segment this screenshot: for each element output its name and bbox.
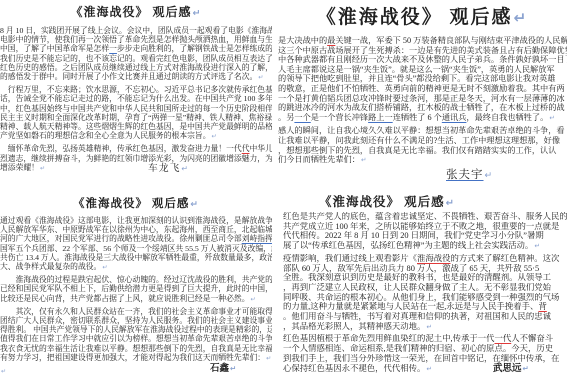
essay-collage: 《淮海战役》 观后感↵ 8 月 10 日，实践团开展了线上会议。会议中，团队成员…: [0, 0, 567, 378]
signature: 车龙飞↵: [148, 160, 189, 174]
paragraph-mark: ↵: [485, 170, 494, 181]
text-line: 缅怀革命先烈，弘扬英雄精神，传承红色基因，激发奋进力量！一代代中华儿女定: [0, 144, 272, 153]
text-line: 行程万里，不忘来路；饮水思源，不忘初心。习近平总书记多次就传承红色基因发: [0, 85, 272, 94]
text-line: 展了以“传承红色基因，弘扬红色精神”为主题的线上社会实践活动。↵: [283, 241, 567, 252]
text-line: 红色基因植根于革命先烈用鲜血染红的泥土中,传承于一代一代人不懈奋斗: [283, 334, 567, 344]
essay-title: 《淮海战役》 观后感↵: [278, 2, 567, 29]
text-line: 。另一个是一个营长冲锋路上一连牺牲了 6 个通讯兵，最终自我也牺牲了。↵: [278, 113, 567, 124]
paragraph-mark: ↵: [230, 364, 236, 373]
paragraph-mark: ↵: [361, 156, 367, 164]
text-line: 共伤亡 13.4 万人。淮海战役是三大战役中解放军牺牲最重，歼敌数量最多，政治: [0, 253, 272, 262]
paragraph-mark: ↵: [102, 264, 107, 271]
text-line: ，其品格光彩照人，其精神感天动地。↵: [283, 322, 567, 333]
text-line: 的力量,这种力量就是紧紧地与人民站在一起,永远是与人民手挽着手、背: [283, 302, 567, 312]
text-line: 国军五个兵团部、22 个军部、56 个师及一个绥靖区共 55.5 万人被消灭及改…: [0, 244, 272, 253]
text-line: 的感悟发于群中。同时开展了小作文比赛并且通过朗读的方式评选了名次。↵: [0, 72, 272, 82]
paragraph-mark: ↵: [446, 198, 455, 209]
text-line: 感人的瞬间，让自我心境久久难以平静：想想当初革命先辈艰苦卓绝的斗争，看: [278, 126, 567, 136]
text-line: 的领导下把他吃到肚里，并且连“骨头”都没给剩下。看完这部电影让我对英雄: [278, 74, 567, 84]
text-line: 大、战争样式最复杂的战役。↵: [0, 262, 272, 272]
essay-doc-bottom-right: 《淮海战役》 观后感↵ 红色是共产党人的底色，蕴含着忠诚坚定、不畏牺牲、艰苦奋斗…: [283, 191, 567, 378]
paragraph-mark: ↵: [426, 365, 432, 373]
text-line: 一个人情感相连、命运相系,是我们精神的归宿、初心的原点。今天，历史: [283, 344, 567, 354]
paragraph-mark: ↵: [523, 364, 529, 373]
essay-title: 《淮海战役》 观后感↵: [0, 3, 272, 20]
text-line: 比较还是民心向背，共产党都占据了上风，就应说胜利已经是一种必然。↵: [0, 294, 272, 304]
text-line: 共产党成立近 100 年来，之所以能够始终立于不败之地，很重要的一点就是: [283, 222, 567, 232]
essay-body: 红色是共产党人的底色，蕴含着忠诚坚定、不畏牺牲、艰苦奋斗、服务人民的共产党成立近…: [283, 212, 567, 374]
paragraph-mark: ↵: [40, 165, 45, 172]
text-line: 红色是共产党人的底色，蕴含着忠诚坚定、不畏牺牲、艰苦奋斗、服务人民的: [283, 212, 567, 222]
paragraph: 其次，仅有永久和人民群众站在一齐，我们的社会主义革命事业才可能取得胜团结广大人民…: [0, 307, 272, 363]
text-line: 烈遗志，继续拼搏奋斗，为鲜艳的红领巾增添光彩，为闪亮的团徽增添魅力，为神: [0, 154, 272, 163]
text-line: 话，告诫全党不能忘记走过的路，不能忘记为什么出发。在中国共产党 100 多年的: [0, 94, 272, 103]
essay-title: 《淮海战役》 观后感↵: [283, 192, 567, 210]
text-line: 部队 60 万人，敌军先后出动兵力 80 万人，激战了 65 天，共歼敌 55·…: [283, 264, 567, 274]
text-line: 红色历史的感悟。之后团队成员继续通过线上方式对淮海战役进行深入的了解，同: [0, 63, 272, 72]
paragraph: 疫情影响，我们通过线上观看影片《淮海战役的方式来了解红色精神。这次部队 60 万…: [283, 254, 567, 333]
text-line: 人民解放军华东、中原野战军在以徐州为中心，东起海州，西至商丘，北起临城，: [0, 225, 272, 234]
text-line: ，再到广泛建立人民政权，让人民群众翻身做了主人。无不彰显我们党始: [283, 283, 567, 293]
text-line: 同呼吸、共命运的根本初心。从他们身上，我们能够感受到一种强烈的气场: [283, 293, 567, 303]
paragraph-mark: ↵: [181, 164, 189, 173]
signature: 武思远↵: [493, 360, 529, 374]
text-line: 让我难以平静，问我此刻还有什么不满足的?生活、工作中理想这理想那，好像: [278, 136, 567, 146]
paragraph: 通过观看《淮海战役》这部电影，让我更加深刻的认识到淮海战役，是解放战争时人民解放…: [0, 216, 272, 272]
paragraph-mark: ↵: [534, 242, 540, 250]
paragraph: 感人的瞬间，让自我心境久久难以平静：想想当初革命先辈艰苦卓绝的斗争，看让我难以平…: [278, 126, 567, 165]
text-line: 人毛主席都说这是一锅“夹生饭”。就是这么一锅“夹生饭”，英勇的人民解放军: [278, 65, 567, 75]
text-line: 其次，仅有永久和人民群众站在一齐，我们的社会主义革命事业才可能取得胜: [0, 307, 272, 316]
text-line: 产党坚如磐石的理想信念和全心全意为人民服务的根本宗旨。↵: [0, 131, 272, 141]
text-line: 一个是打黄伯韬兵团总攻冲锋时要过条河，那是正是冬天，河水有一层薄薄的冰: [278, 94, 567, 104]
paragraph-mark: ↵: [251, 296, 256, 303]
paragraph: 淮海战役的过程是跌宕起伏、惊心动魄的。经过辽沈战役的胜利，共产党的军已经和国民党…: [0, 275, 272, 304]
text-line: 是大决战中的最关键一战，军委下 50 万装备精良部队与刚结束平津战役的人民解放: [278, 36, 567, 46]
paragraph-mark: ↵: [212, 133, 217, 140]
essay-title: 《淮海战役》 观后感↵: [0, 195, 272, 211]
text-line: 我们历史是不能忘记的，也不该忘记的。观看完红色电影，团队成员相互表达了自: [0, 54, 272, 63]
text-line: 这三个中原古战场展开了生死搏杀：一边是有先进的美式装备且占有后勤保障优势: [278, 46, 567, 56]
text-line: 们今日而牺牲先辈们：↵: [278, 155, 567, 166]
text-line: 民主主义时期和全面深化改革时期，孕育了“两弹一星”精神、铁人精神、焦裕禄: [0, 113, 272, 122]
paragraph-mark: ↵: [514, 9, 529, 27]
paragraph-mark: ↵: [549, 114, 555, 122]
paragraph-mark: ↵: [426, 323, 432, 331]
text-line: ，想想那些倒下的先烈，自我真是无比幸福。我们仅有踏踏实实的工作，认认: [278, 146, 567, 156]
text-line: 团结广大人民群众，密切联系群众，坚持为人民服务。我们的社会主义建设事业才: [0, 316, 272, 325]
text-line: 河的广大地区，对国民党军进行的战略性进攻战役。徐州剿匪总司令部刘峙指挥中: [0, 234, 272, 243]
text-line: 中，红色基因始终与中国共产党和中华人民共和国所走过的每一个历史阶段相伴相: [0, 104, 272, 113]
text-line: 通过观看《淮海战役》这部电影，让我更加深刻的认识到淮海战役，是解放战争时: [0, 216, 272, 225]
essay-body: 通过观看《淮海战役》这部电影，让我更加深刻的认识到淮海战役，是解放战争时人民解放…: [0, 216, 272, 376]
paragraph: 缅怀革命先烈，弘扬英雄精神，传承红色基因，激发奋进力量！一代代中华儿女定烈遗志，…: [0, 144, 272, 173]
essay-body: 8 月 10 日，实践团开展了线上会议。会议中，团队成员一起观看了电影《淮海战电…: [0, 26, 272, 173]
signature: 石鑫↵: [210, 360, 236, 374]
paragraph: 红色是共产党人的底色，蕴含着忠诚坚定、不畏牺牲、艰苦奋斗、服务人民的共产党成立近…: [283, 212, 567, 252]
text-line: 8 月 10 日，实践团开展了线上会议。会议中，团队成员一起观看了电影《淮海战: [0, 26, 272, 35]
text-line: 精神、载人航天精神等。这些熠熠生辉的红色基因，是中国共产党最鲜明的品格，: [0, 122, 272, 131]
text-line: 值得我们在日常工作学习中就应引以为榜样。想想当初革命先辈艰苦卓绝的斗争，: [0, 334, 272, 343]
paragraph-mark: ↵: [258, 74, 263, 81]
paragraph-mark: ↵: [1, 368, 6, 375]
text-line: 增添荣耀！↵: [0, 163, 272, 173]
paragraph-mark: ↵: [190, 199, 199, 210]
paragraph-mark: ↵: [192, 8, 201, 19]
text-line: 中国，了解了中国革命军是怎样一步步走向胜利的，了解钢铁战士是怎样练成的。: [0, 44, 272, 53]
text-line: 的跳进冰冷的河水为战友们搭桥铺路，扛木板的战士牺牲了，在木板上过桥的战: [278, 103, 567, 113]
paragraph: 8 月 10 日，实践团开展了线上会议。会议中，团队成员一起观看了电影《淮海战电…: [0, 26, 272, 82]
text-line: 疫情影响，我们通过线上观看影片《淮海战役的方式来了解红色精神。这次: [283, 254, 567, 264]
text-line: 电影中的情节，使我们再一次领悟了革命先烈是怎样抛头颅洒热血，用鲜血与生命: [0, 35, 272, 44]
text-line: 全胜。我深刻意识到历史是最好的教科书，也是最好的清醒剂。从领导工: [283, 273, 567, 283]
text-line: 。他们用奋斗与牺牲，书写着对真理和信仰的执著，对祖国和人民的忠诚: [283, 312, 567, 322]
text-line: 代代相传。2022 年 8 月 10 日到 20 日期间，我们“党史学习小分队”…: [283, 231, 567, 241]
signature: 张夫宇↵: [446, 166, 493, 182]
paragraph-mark: ↵: [266, 355, 271, 362]
text-line: 得胜利。 中国共产党领导下的人民解放军在淮海战役过程中的表现是精彩的，这: [0, 325, 272, 334]
paragraph: 行程万里，不忘来路；饮水思源，不忘初心。习近平总书记多次就传承红色基因发话，告诫…: [0, 85, 272, 141]
essay-body: 是大决战中的最关键一战，军委下 50 万装备精良部队与刚结束平津战役的人民解放这…: [278, 36, 567, 166]
text-line: 淮海战役的过程是跌宕起伏、惊心动魄的。经过辽沈战役的胜利，共产党的军: [0, 275, 272, 284]
paragraph: 是大决战中的最关键一战，军委下 50 万装备精良部队与刚结束平津战役的人民解放这…: [278, 36, 567, 123]
essay-doc-top-left: 《淮海战役》 观后感↵ 8 月 10 日，实践团开展了线上会议。会议中，团队成员…: [0, 0, 272, 189]
essay-doc-top-right: 《淮海战役》 观后感↵ 是大决战中的最关键一战，军委下 50 万装备精良部队与刚…: [278, 0, 567, 189]
text-line: 已经和国民党军队不相上下，后勤供给潜力更是得到了巨大提升，此时的中国，不: [0, 284, 272, 293]
text-line: 中各种武器都有且刚经历一次大战来不及休整的人民子弟兵。条件孰好孰坏一目了: [278, 55, 567, 65]
essay-doc-bottom-left: 《淮海战役》 观后感↵ 通过观看《淮海战役》这部电影，让我更加深刻的认识到淮海战…: [0, 191, 272, 378]
text-line: 我衣食无忧的幸福生活让我难以平静。想想那些倒下的先烈，自我真是无比幸福。: [0, 344, 272, 353]
text-line: 的敬意，正是他们不怕牺牲、英勇向前的精神更是无时不刻激励着我。其中有两: [278, 84, 567, 94]
